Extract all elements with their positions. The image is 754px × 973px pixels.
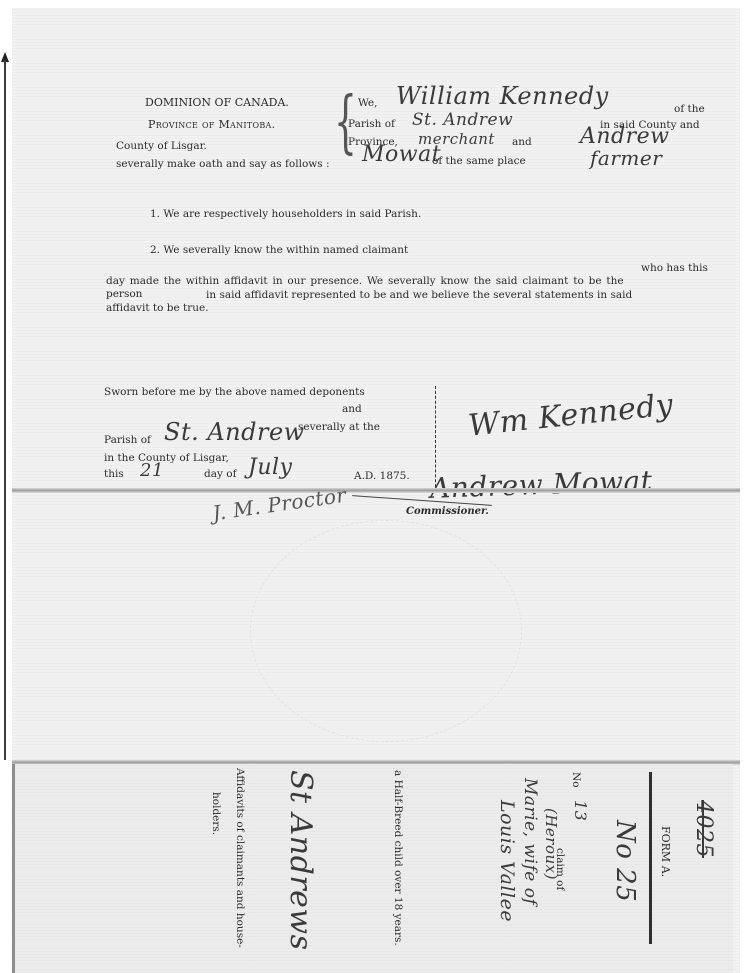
statement-2-line-3: in said affidavit represented to be and …: [206, 289, 632, 301]
year-label: A.D. 1875.: [354, 470, 410, 482]
oath-line: severally make oath and say as follows :: [116, 158, 330, 170]
docket-double-rule: [649, 772, 652, 944]
month-handwritten: July: [248, 455, 292, 480]
claimant-line-1: Marie, wife of: [520, 778, 540, 905]
day-of-label: day of: [204, 468, 236, 480]
claimant-annotation: (Heroux): [542, 808, 560, 880]
old-number-struck: 4025: [691, 800, 716, 858]
claim-number-handwritten: 13: [571, 800, 590, 821]
docket-signature: St Andrews: [283, 770, 318, 951]
paper-fold-upper: [12, 488, 740, 493]
statement-2-line-2: day made the within affidavit in our pre…: [106, 275, 624, 287]
deponent-2-last-handwritten: Mowat: [362, 142, 441, 167]
statement-2-line-4: affidavit to be true.: [106, 302, 209, 314]
form-label: FORM A.: [659, 826, 672, 877]
and-label: and: [512, 136, 532, 148]
parish-label: Parish of: [348, 118, 395, 130]
commissioner-label: Commissioner.: [406, 506, 489, 517]
jurat-county-line: in the County of Lisgar,: [104, 452, 229, 464]
jurat-parish-label: Parish of: [104, 434, 151, 446]
this-label: this: [104, 468, 124, 480]
same-place-label: of the same place: [432, 155, 526, 167]
we-label: We,: [358, 97, 378, 109]
number-handwritten: No 25: [610, 820, 640, 902]
affidavits-line-2: holders.: [210, 792, 222, 835]
faint-seal-watermark: [250, 520, 522, 742]
jurat-and: and: [342, 403, 362, 415]
claimant-line-2: Louis Vallee: [496, 800, 518, 922]
statement-2-person: person: [106, 288, 142, 300]
no-label: No: [570, 772, 582, 788]
parish-handwritten: St. Andrew: [412, 110, 513, 130]
occupation-2-handwritten: farmer: [590, 146, 662, 170]
dominion-heading: DOMINION OF CANADA.: [145, 96, 289, 109]
statement-2-line-1: 2. We severally know the within named cl…: [150, 244, 408, 256]
affidavits-line-1: Affidavits of claimants and house-: [234, 768, 246, 948]
province-heading: Province of Manitoba.: [148, 118, 275, 131]
description-line: a Half-Breed child over 18 years.: [392, 770, 404, 946]
statement-2-right: who has this: [641, 262, 708, 274]
sworn-line: Sworn before me by the above named depon…: [104, 386, 365, 398]
deponent-1-name-handwritten: William Kennedy: [396, 82, 609, 110]
jurat-parish-handwritten: St. Andrew: [164, 418, 305, 446]
of-the-label: of the: [674, 103, 705, 115]
page-left-edge: [4, 60, 6, 760]
county-heading: County of Lisgar.: [116, 140, 207, 152]
severally-at-label: severally at the: [298, 421, 380, 433]
day-handwritten: 21: [140, 460, 164, 481]
statement-1: 1. We are respectively householders in s…: [150, 208, 421, 220]
